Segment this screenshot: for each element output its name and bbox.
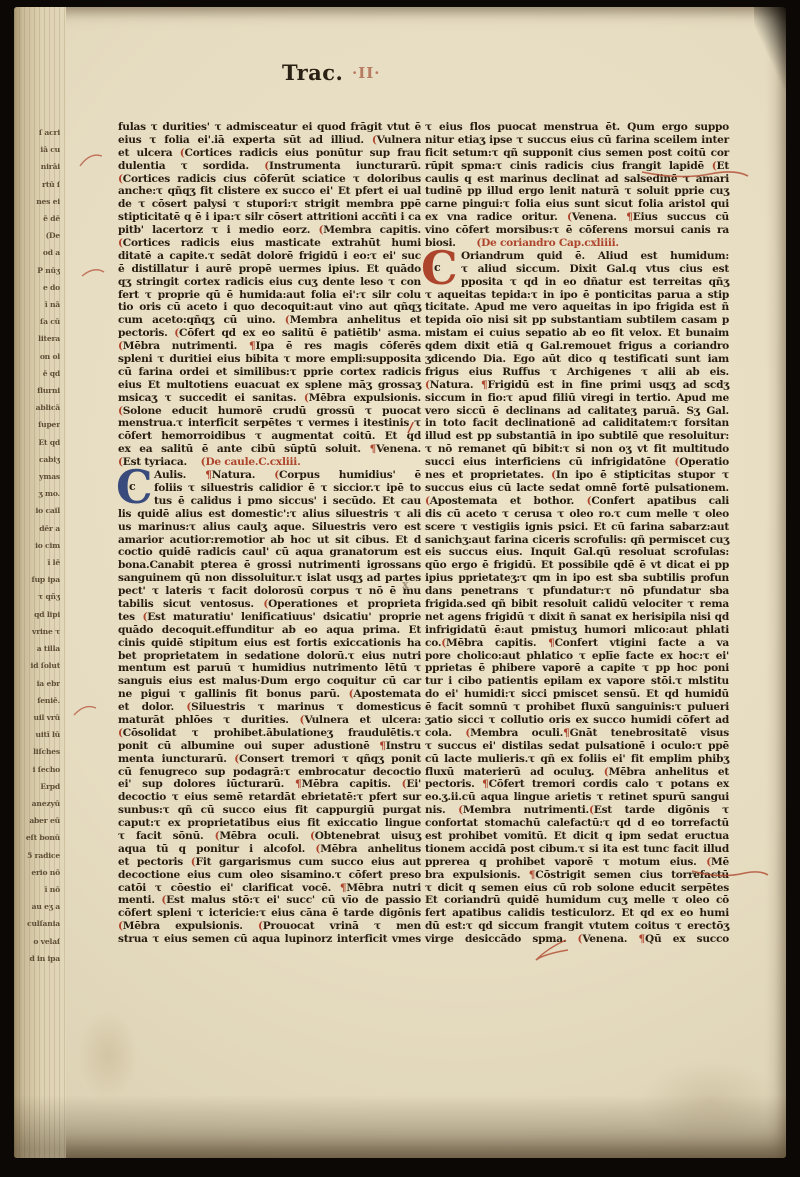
margin-fragment-text: cabiʒ: [18, 451, 60, 468]
text-line: sanichʒ:aut farina ciceris scrofulis: qñ…: [425, 534, 729, 547]
margin-fragment-text: ablicā: [18, 399, 60, 416]
text-line: ē facit somnū τ prohibet fluxū sanguinis…: [425, 701, 729, 714]
text-line: net agens frigidū τ dixit ñ sanat ex her…: [425, 611, 729, 624]
text-line: ʒatio sicci τ collutio oris ex succo hum…: [425, 714, 729, 727]
margin-fragment-text: d in ipa: [18, 950, 60, 966]
margin-fragment-text: ia ebr: [18, 675, 60, 692]
text-line: catōi τ cōestio ei' clarificat vocē. ¶Mē…: [118, 882, 421, 895]
text-line: fert τ proprie qū ē humida:aut folia ei'…: [118, 289, 421, 302]
text-line: qdem dixit etiā q Gal.remouet frigus a c…: [425, 340, 729, 353]
text-line: Oriandrum quid ē. Aliud est humidum:: [425, 250, 729, 263]
text-line: pectoris. (Cōfert qd ex eo salitū ē pati…: [118, 327, 421, 340]
text-line: us marinus:τ alius caulʒ aque. Siluestri…: [118, 521, 421, 534]
text-line: de τ cōsert palysi τ stupori:τ strigit m…: [118, 198, 421, 211]
margin-fragment-text: eſt bonū: [18, 829, 60, 846]
margin-fragment-text: nes ei: [18, 193, 60, 210]
text-line: coctio quidē radicis caul' cū aqua grana…: [118, 546, 421, 559]
text-line: tes (Est maturatiu' lenificatiuus' dsica…: [118, 611, 421, 624]
margin-fragment-text: erio nō: [18, 864, 60, 881]
text-line: cōfert spleni τ ictericie:τ eius cāna ē …: [118, 907, 421, 920]
text-line: dans penetrans τ pfundatur:τ nō pfundatu…: [425, 585, 729, 598]
text-line: illud est pp substantiā in ipo subtilē q…: [425, 430, 729, 443]
margin-fragment-text: aber eū: [18, 812, 60, 829]
text-line: qʒ stringit cortex radicis eius cuʒ dent…: [118, 276, 421, 289]
margin-fragment-text: Et qd: [18, 434, 60, 451]
margin-fragment-text: ſeniē.: [18, 692, 60, 709]
text-line: fert apatibus calidis testiculorz. Et qd…: [425, 907, 729, 920]
text-line: pitb' lacertorz τ i medio eorz. (Membra …: [118, 224, 421, 237]
text-line: ē distillatur i aurē propē uermes ipius.…: [118, 263, 421, 276]
text-line: eo.ʒ.ii.cū aqua lingue arietis τ retinet…: [425, 791, 729, 804]
text-line: tio oris cū aceto i quo decoquit:aut vin…: [118, 301, 421, 314]
text-line: cola. (Membra oculi.¶Gnāt tenebrositatē …: [425, 727, 729, 740]
text-line: caulis q est marinus declinat ad salsedi…: [425, 173, 729, 186]
text-line: τ aliud siccum. Dixit Gal.q vtus cius es…: [425, 263, 729, 276]
margin-fragment-text: ſup ipa: [18, 571, 60, 588]
book-scan-photo: ſ acriiā cunirāirtū ſnes eiē dē(Deod aP …: [0, 0, 800, 1177]
text-line: bet proprietatem in sedatione dolorū.τ e…: [118, 650, 421, 663]
text-line: dū est:τ qd siccum frangit vtutem coitus…: [425, 920, 729, 933]
text-line: in toto facit declinationē ad caliditate…: [425, 417, 729, 430]
text-line: menta iuncturarū. (Consert tremori τ qñq…: [118, 753, 421, 766]
text-line: frigus eius Ruffus τ Archigenes τ alii a…: [425, 366, 729, 379]
text-line: pect' τ lateris τ facit dolorosū corpus …: [118, 585, 421, 598]
text-line: cū farina ordei et similibus:τ pprie cor…: [118, 366, 421, 379]
text-line: cū lacte mulieris.τ qñ ex foliis ei' fit…: [425, 753, 729, 766]
text-line: tus ē calidus i pmo siccus' i secūdo. Et…: [118, 495, 421, 508]
text-line: vero siccū ē declinans ad calitateʒ paru…: [425, 405, 729, 418]
text-line: dulentia τ sordida. (Instrumenta iunctur…: [118, 160, 421, 173]
margin-fragment-text: ī nō: [18, 881, 60, 898]
text-line: ticitate. Apud me vero aqueitas in ipo f…: [425, 301, 729, 314]
text-line: Et coriandrū quidē humidum cuʒ melle τ o…: [425, 894, 729, 907]
text-line: cū fenugreco sup podagrā:τ embrocatur de…: [118, 766, 421, 779]
margin-fragment-text: dēr a: [18, 520, 60, 537]
margin-fragment-text: litera: [18, 330, 60, 347]
text-line: tudinē pp illud ergo lenit naturā τ solu…: [425, 185, 729, 198]
text-line: est prohibet vomitū. Et dicit q ipm seda…: [425, 830, 729, 843]
text-line: sunbus:τ qñ cū succo eius fit cappurgiū …: [118, 804, 421, 817]
margin-fragment-text: τ qñʒ: [18, 588, 60, 605]
text-line: foliis τ siluestris calidior ē τ siccior…: [118, 482, 421, 495]
text-line: nitur etiaʒ ipse τ succus eius cū farina…: [425, 134, 729, 147]
text-line: succus eius cū lacte sedat omnē fortē pu…: [425, 482, 729, 495]
text-line: τ nō remanet qū bibit:τ si non oʒ vt fit…: [425, 443, 729, 456]
text-line: tabilis sicut ventosus. (Operationes et …: [118, 598, 421, 611]
margin-fragment-text: ſuper: [18, 416, 60, 433]
text-line: msicaʒ τ succedit ei sanitas. (Mēbra exp…: [118, 392, 421, 405]
text-line: fluxū materierū ad oculuʒ. (Mēbra anheli…: [425, 766, 729, 779]
margin-fragment-text: vrine τ: [18, 623, 60, 640]
margin-fragment-text: io cim: [18, 537, 60, 554]
margin-fragments: ſ acriiā cunirāirtū ſnes eiē dē(Deod aP …: [18, 124, 60, 966]
section-number: ·II·: [352, 64, 380, 82]
text-line: τ aqueitas tepida:τ in ipo ē ponticitas …: [425, 289, 729, 302]
text-line: dis cū aceto τ cerusa τ oleo ro.τ cum me…: [425, 508, 729, 521]
text-line: succi eius interficiens cū infrigidatōne…: [425, 456, 729, 469]
text-line: (Solone educit humorē crudū grossū τ puo…: [118, 405, 421, 418]
text-line: virge desiccādo spma. (Venena. ¶Qū ex su…: [425, 933, 729, 946]
margin-fragment-text: i ſecho: [18, 761, 60, 778]
margin-fragment-text: liſches: [18, 743, 60, 760]
text-line: quādo decoquit.effunditur ab eo aqua pri…: [118, 624, 421, 637]
running-header: Trac. ·II·: [0, 60, 800, 90]
text-line: frigida.sed qñ bibit resoluit calidū vel…: [425, 598, 729, 611]
text-line: tionem accidā post cibum.τ si ita est tu…: [425, 843, 729, 856]
text-line: menti. (Est malus stō:τ ei' succ' cū vīo…: [118, 894, 421, 907]
margin-fragment-text: a tilla: [18, 640, 60, 657]
text-line: pprietas ē phibere vaporē a capite τ pp …: [425, 662, 729, 675]
text-line: scere τ vestigiis ignis psici. Et cū far…: [425, 521, 729, 534]
margin-fragment-text: nirāi: [18, 158, 60, 175]
margin-fragment-text: id ſolut: [18, 657, 60, 674]
margin-fragment-text: o velaſ: [18, 933, 60, 950]
margin-fragment-text: qd lipi: [18, 606, 60, 623]
text-line: cōfert hemorroidibus τ augmentat coitū. …: [118, 430, 421, 443]
text-line: (Natura. ¶Frigidū est in fine primi usqʒ…: [425, 379, 729, 392]
text-line: et ulcera (Cortices radicis eius ponūtur…: [118, 147, 421, 160]
margin-fragment-text: ē dē: [18, 210, 60, 227]
text-line: cum aceto:qñqʒ cū uino. (Membra anhelitu…: [118, 314, 421, 327]
text-line: (Est tyriaca. (De caule.C.cxliii.: [118, 456, 421, 469]
text-line: stipticitatē q ē i ipa:τ silr cōsert att…: [118, 211, 421, 224]
margin-fragment-text: iā cu: [18, 141, 60, 158]
text-line: ʒdicendo Dia. Ego aūt dico q testificati…: [425, 353, 729, 366]
margin-fragment-text: uil vrū: [18, 709, 60, 726]
margin-fragment-text: (De: [18, 227, 60, 244]
text-line: et dolor. (Siluestris τ marinus τ domest…: [118, 701, 421, 714]
text-column-left: fulas τ durities' τ admisceatur ei quod …: [118, 121, 421, 946]
text-line: pposita τ qd in eo dñatur est terreitas …: [425, 276, 729, 289]
text-line: pectoris. ¶Cōfert tremori cordis calo τ …: [425, 778, 729, 791]
bottom-page-shadow: [14, 1095, 786, 1158]
text-line: amarior acutior:remotior ab hoc ut sit c…: [118, 534, 421, 547]
text-line: carne pingui:τ folia eius sunt sicut fol…: [425, 198, 729, 211]
drop-cap-guide-letter: c: [434, 262, 441, 273]
text-line: ponit cū albumine oui super adustionē ¶I…: [118, 740, 421, 753]
text-line: sanguis eius est malus·Dum ergo coquitur…: [118, 675, 421, 688]
text-line: ditatē a capite.τ sedāt dolorē frigidū i…: [118, 250, 421, 263]
text-line: (Cōsolidat τ prohibet.ābulationeʒ fraudu…: [118, 727, 421, 740]
text-line: ei' sup dolores iūcturarū. ¶Mēbra capiti…: [118, 778, 421, 791]
text-line: eis succus eius. Inquit Gal.qū resoluat …: [425, 546, 729, 559]
text-line: biosi. (De coriandro Cap.cxliiii.: [425, 237, 729, 250]
text-line: pprerea q prohibet vaporē τ motum eius. …: [425, 856, 729, 869]
text-line: eius Et multotiens euacuat ex splene māʒ…: [118, 379, 421, 392]
margin-fragment-text: 5 radice: [18, 847, 60, 864]
margin-fragment-text: uitī lū: [18, 726, 60, 743]
text-line: Aulis. ¶Natura. (Corpus humidius' ē: [118, 469, 421, 482]
text-line: sanguinem qū non dissoluitur.τ islat usq…: [118, 572, 421, 585]
text-line: co.(Mēbra capitis. ¶Confert vtigini fact…: [425, 637, 729, 650]
text-line: et pectoris (Fit gargarismus cum succo e…: [118, 856, 421, 869]
drop-cap-guide-letter: c: [129, 481, 136, 492]
text-line: spleni τ duritiei eius bibita τ more emp…: [118, 353, 421, 366]
text-line: decoctio τ eius semē retardāt ebrietatē:…: [118, 791, 421, 804]
text-line: menstrua.τ interficit serpētes τ vermes …: [118, 417, 421, 430]
text-line: caput:τ ex proprietatibus eius fit exicc…: [118, 817, 421, 830]
text-line: pore cholico:aut phlatico τ eplīe facte …: [425, 650, 729, 663]
margin-fragment-text: ē qd: [18, 365, 60, 382]
text-line: aqua tū q ponitur i alcofol. (Mēbra anhe…: [118, 843, 421, 856]
text-line: ne pigui τ gallinis fit bonus parū. (Apo…: [118, 688, 421, 701]
text-line: nes et proprietates. (In ipo ē stipticit…: [425, 469, 729, 482]
margin-fragment-text: ī lē: [18, 554, 60, 571]
margin-fragment-text: anezyū: [18, 795, 60, 812]
text-line: ex ea salitū ē ante cibū sūptū soluit. ¶…: [118, 443, 421, 456]
text-line: mistam ei cuius sepatio ab eo fit velox.…: [425, 327, 729, 340]
text-line: maturāt phlōes τ durities. (Vulnera et u…: [118, 714, 421, 727]
text-line: tur i cibo patientis epilam ex vapore st…: [425, 675, 729, 688]
text-line: rūpit spma:τ cinis radicis cius frangit …: [425, 160, 729, 173]
text-line: confortat stomachū calefactū:τ qd d eo t…: [425, 817, 729, 830]
margin-fragment-text: P nūʒ: [18, 262, 60, 279]
text-line: (Mēbra expulsionis. (Prouocat vrinā τ me…: [118, 920, 421, 933]
text-line: decoctione eius cum oleo sisamino.τ cōfe…: [118, 869, 421, 882]
text-line: qūo ergo ē frigidū. Et possibile qdē ē v…: [425, 559, 729, 572]
text-line: mentum est paruū τ humidius nutrimento l…: [118, 662, 421, 675]
text-line: cinis quidē stipitum eius est fortis exi…: [118, 637, 421, 650]
tract-label: Trac.: [282, 60, 343, 85]
gutter-pencil-mark: x: [402, 578, 409, 591]
text-line: τ succus ei' distilas sedat pulsationē i…: [425, 740, 729, 753]
text-line: infrigidatū ē:aut pmistuʒ humori mlico:a…: [425, 624, 729, 637]
text-line: strua τ eius semen cū aqua lupinorz inte…: [118, 933, 421, 946]
text-line: (Mēbra nutrimenti. ¶Ipa ē res magis cōfe…: [118, 340, 421, 353]
text-line: ipius pprietateʒ:τ qm in ipo est sba sub…: [425, 572, 729, 585]
text-line: bona.Canabit pterea ē grossi nutrimenti …: [118, 559, 421, 572]
text-line: siccum in fio:τ apud filiū viregi in ter…: [425, 392, 729, 405]
margin-fragment-text: od a: [18, 244, 60, 261]
margin-fragment-text: ʒ mo.: [18, 485, 60, 502]
margin-fragment-text: ſa cū: [18, 313, 60, 330]
text-line: fulas τ durities' τ admisceatur ei quod …: [118, 121, 421, 134]
text-line: bra expulsionis. ¶Cōstrigit semen cius t…: [425, 869, 729, 882]
text-line: do ei' humidi:τ sicci pmiscet sensū. Et …: [425, 688, 729, 701]
text-line: τ facit sōnū. (Mēbra oculi. (Obtenebrat …: [118, 830, 421, 843]
text-line: ex vna radice oritur. (Venena. ¶Eius suc…: [425, 211, 729, 224]
text-line: (Cortices radicis eius masticate extrahū…: [118, 237, 421, 250]
margin-fragment-text: on ol: [18, 348, 60, 365]
text-line: lis quidē alius est domestic':τ alius si…: [118, 508, 421, 521]
text-line: anche:τ qñqʒ fit clistere ex succo ei' E…: [118, 185, 421, 198]
margin-fragment-text: flurni: [18, 382, 60, 399]
margin-fragment-text: au eʒ a: [18, 898, 60, 915]
margin-fragment-text: ſ acri: [18, 124, 60, 141]
top-right-corner-shadow: [754, 0, 800, 110]
drop-cap-initial: Cc: [421, 248, 455, 290]
text-line: τ eius flos puocat menstrua ēt. Qum ergo…: [425, 121, 729, 134]
text-column-right: τ eius flos puocat menstrua ēt. Qum ergo…: [425, 121, 729, 946]
margin-fragment-text: Erpd: [18, 778, 60, 795]
drop-cap-initial: Cc: [116, 467, 150, 509]
margin-fragment-text: io cail: [18, 502, 60, 519]
text-line: ficit setum:τ qñ supponit cius semen pos…: [425, 147, 729, 160]
margin-fragment-text: e do: [18, 279, 60, 296]
text-line: τ dicit q semen eius cū rob solone educi…: [425, 882, 729, 895]
text-line: (Cortices radicis cius cōferūt sciatice …: [118, 173, 421, 186]
text-line: tepida oīo nisi sit pp substantiam subti…: [425, 314, 729, 327]
text-line: vino cōfert morsibus:τ ē cōferens morsui…: [425, 224, 729, 237]
margin-fragment-text: culſania: [18, 915, 60, 932]
text-line: eius τ folia ei'.iā experta sūt ad illiu…: [118, 134, 421, 147]
margin-fragment-text: rtū ſ: [18, 176, 60, 193]
text-line: (Apostemata et bothor. (Confert apatibus…: [425, 495, 729, 508]
margin-fragment-text: ī nā: [18, 296, 60, 313]
margin-fragment-text: ymas: [18, 468, 60, 485]
text-line: nis. (Membra nutrimenti.(Est tarde digōn…: [425, 804, 729, 817]
